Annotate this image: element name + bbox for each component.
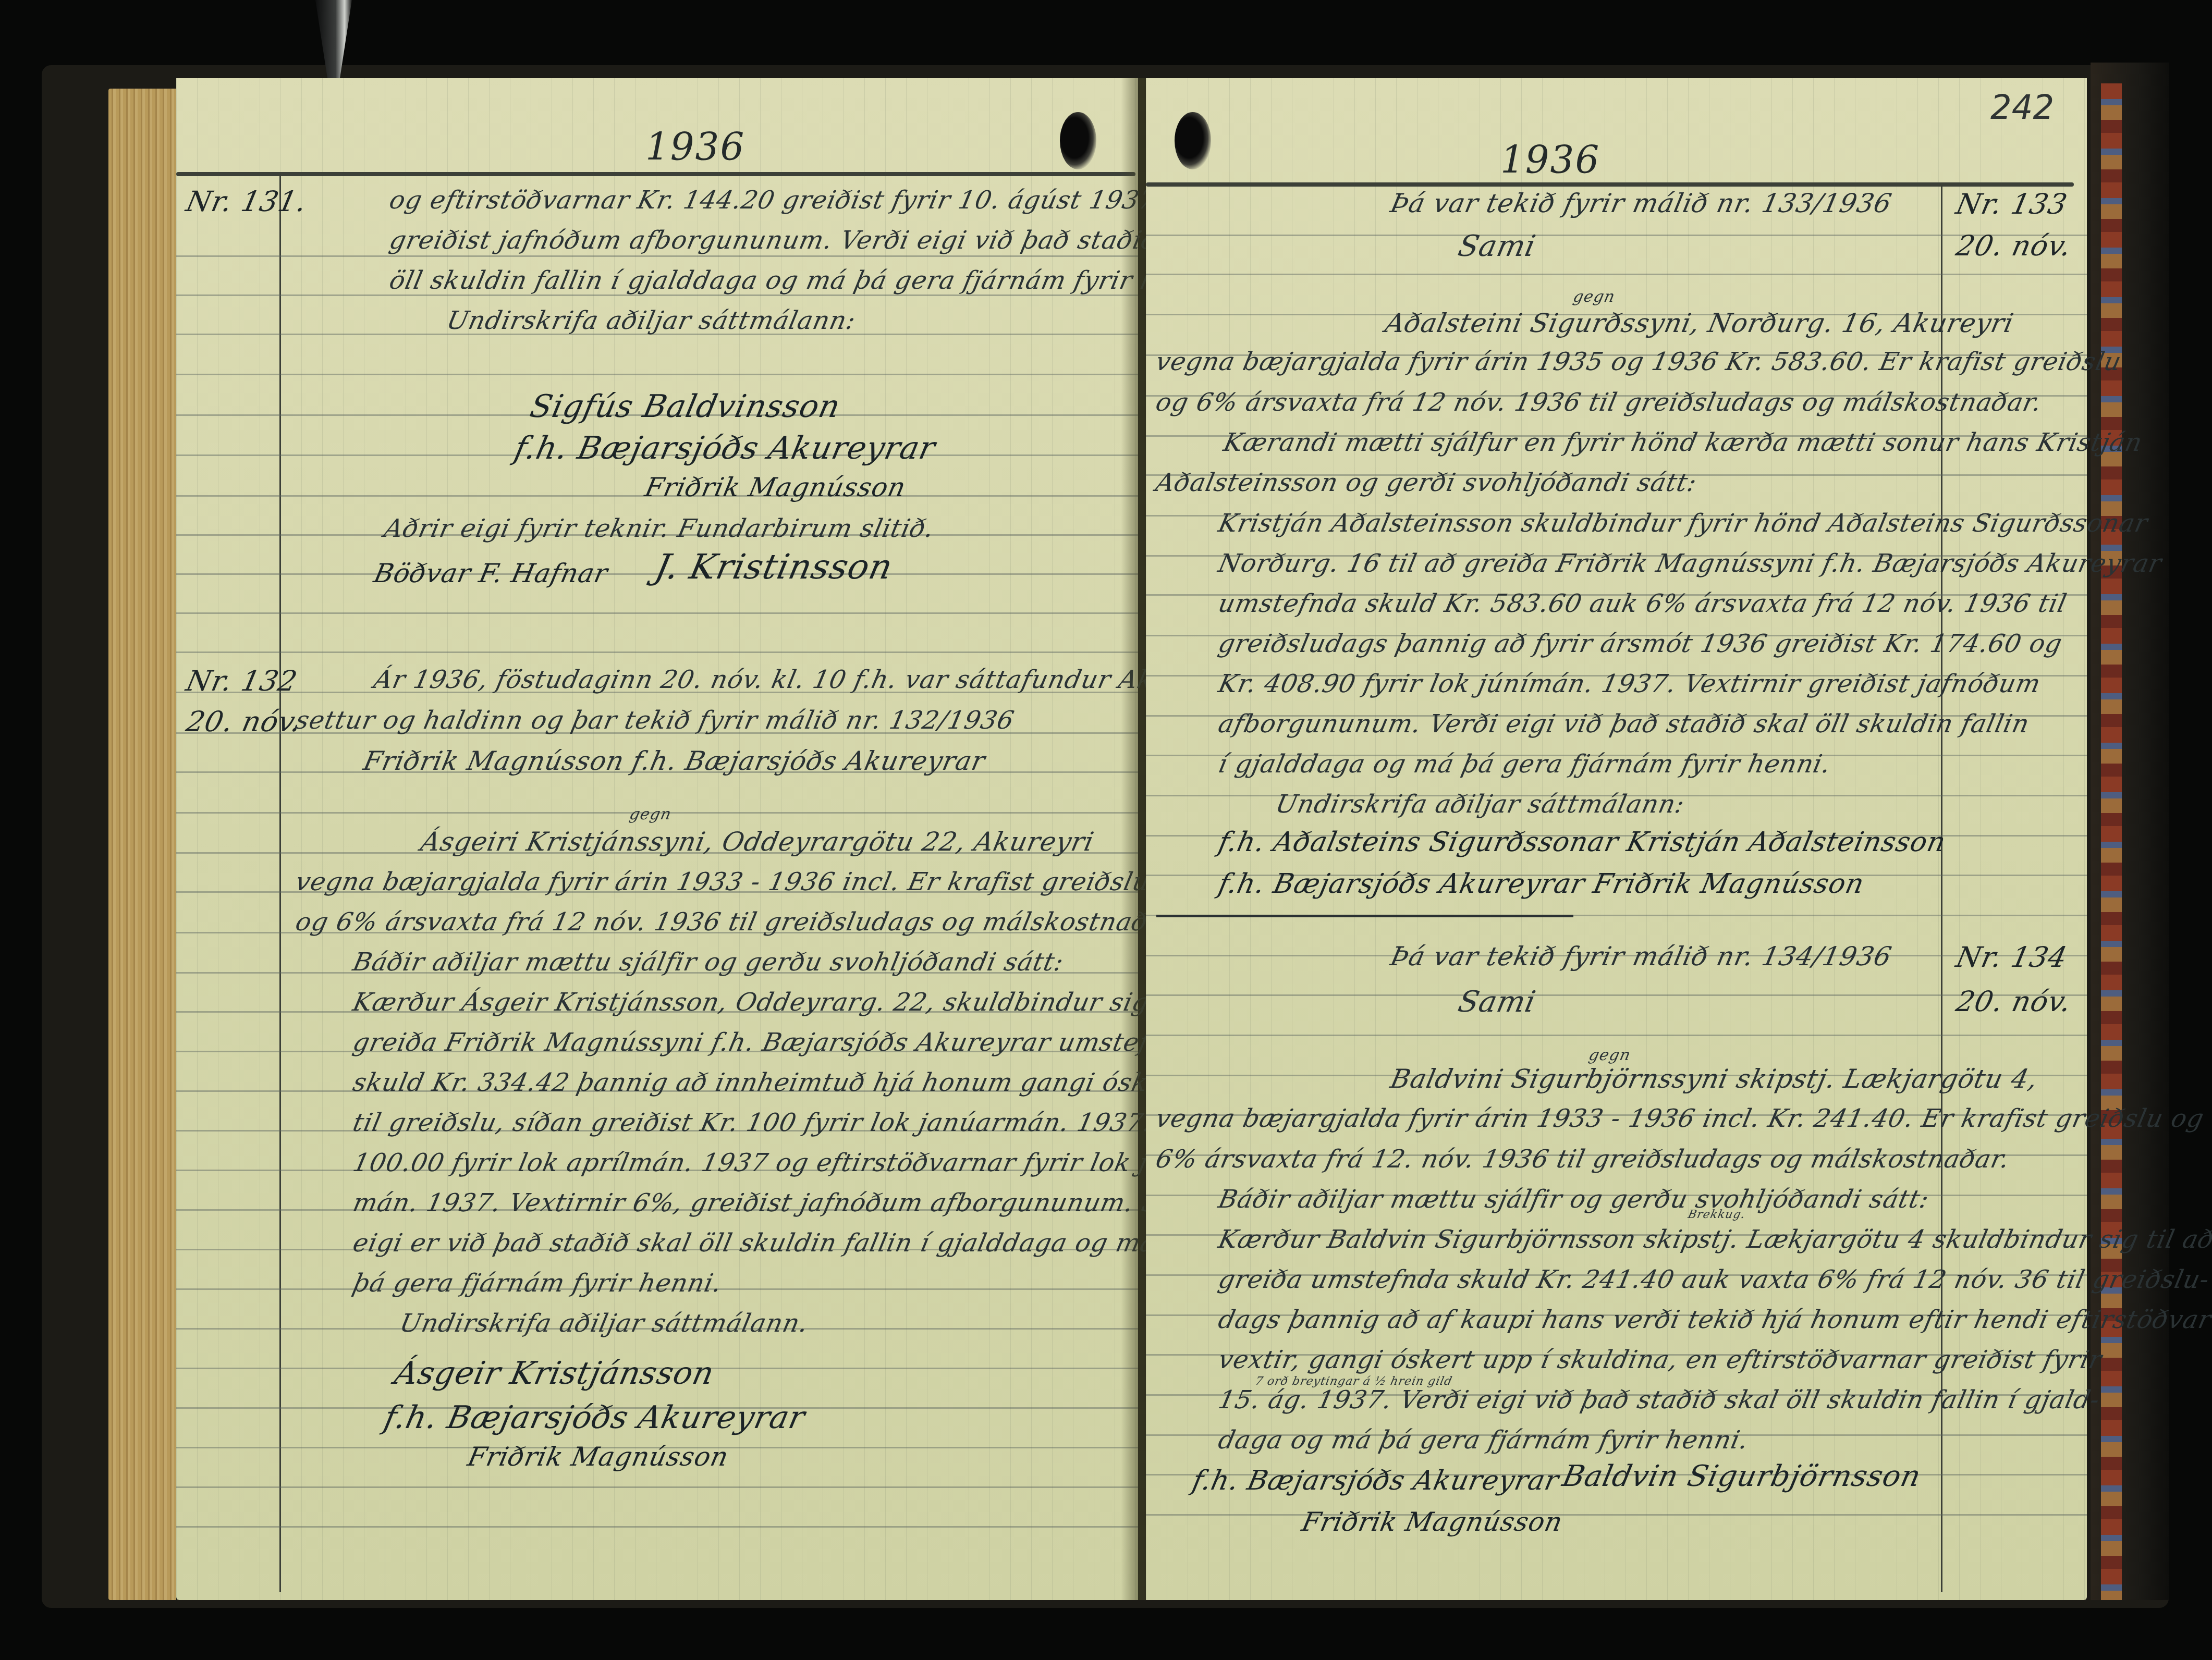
header-rule xyxy=(176,172,1135,176)
page-stack-edge-left xyxy=(108,89,176,1600)
entry-134-plaintiff-same: Sami xyxy=(1456,988,1538,1017)
entry-134-line-6: 6% ársvaxta frá 12. nóv. 1936 til greiðs… xyxy=(1154,1147,2012,1172)
signature-fridrik-magnusson: Friðrik Magnússon xyxy=(643,474,908,500)
entry-134-insertion: Brekkug. xyxy=(1687,1209,1746,1221)
entry-133-line-10: Norðurg. 16 til að greiða Friðrik Magnús… xyxy=(1216,551,2164,576)
entry-131-line-3: öll skuldin fallin í gjalddaga og má þá … xyxy=(387,268,1226,293)
entry-132-defendant: Ásgeiri Kristjánssyni, Oddeyrargötu 22, … xyxy=(419,829,1096,855)
entry-134-defendant: Baldvini Sigurbjörnssyni skipstj. Lækjar… xyxy=(1388,1066,2040,1092)
signature-bodvar-hafnar: Böðvar F. Hafnar xyxy=(372,560,610,586)
entry-132-line-8: Báðir aðiljar mættu sjálfir og gerðu svo… xyxy=(351,950,1066,975)
signature-bæjarsjodur-label-2: f.h. Bæjarsjóðs Akureyrar xyxy=(382,1402,808,1433)
entry-134-gegn: gegn xyxy=(1587,1048,1632,1063)
entry-132-line-12: til greiðslu, síðan greiðist Kr. 100 fyr… xyxy=(351,1110,1201,1135)
entry-132-line-15: eigi er við það staðið skal öll skuldin … xyxy=(351,1231,1158,1256)
entry-131-line-4: Undirskrifa aðiljar sáttmálann: xyxy=(445,308,858,333)
entry-133-case-title: Þá var tekið fyrir málið nr. 133/1936 xyxy=(1388,190,1895,216)
signature-fridrik-magnusson-3: f.h. Bæjarsjóðs Akureyrar Friðrik Magnús… xyxy=(1216,870,1866,897)
entry-134-line-9: greiða umstefnda skuld Kr. 241.40 auk va… xyxy=(1216,1267,2212,1292)
signature-fridrik-magnusson-4: Friðrik Magnússon xyxy=(1300,1509,1565,1535)
entry-date-132: 20. nóv. xyxy=(184,708,304,736)
signature-sigfus-baldvinsson: Sigfús Baldvinsson xyxy=(528,391,844,422)
entry-132-line-10: greiða Friðrik Magnússyni f.h. Bæjarsjóð… xyxy=(351,1030,1200,1055)
entry-133-plaintiff-same: Sami xyxy=(1456,232,1538,261)
entry-133-line-14: afborgununum. Verði eigi við það staðið … xyxy=(1216,711,2032,736)
signature-bæjarsjodur-label-4: f.h. Bæjarsjóðs Akureyrar xyxy=(1190,1467,1561,1494)
entry-132-line-7: og 6% ársvaxta frá 12 nóv. 1936 til grei… xyxy=(294,909,1184,934)
signature-fridrik-magnusson-2: Friðrik Magnússon xyxy=(466,1444,731,1470)
signature-asgeir-kristjansson: Ásgeir Kristjánsson xyxy=(392,1358,717,1389)
signature-j-kristinsson: J. Kristinsson xyxy=(652,550,896,584)
entry-133-line-8: Aðalsteinsson og gerði svohljóðandi sátt… xyxy=(1154,470,1700,495)
entry-number-131: Nr. 131. xyxy=(184,188,309,216)
entry-134-line-12: 15. ág. 1937. Verði eigi við það staðið … xyxy=(1216,1387,2102,1412)
entry-132-line-2: settur og haldinn og þar tekið fyrir mál… xyxy=(294,708,1017,733)
entry-134-case-title: Þá var tekið fyrir málið nr. 134/1936 xyxy=(1388,943,1895,969)
marbled-page-edge-right xyxy=(2101,83,2122,1600)
entry-134-line-10: dags þannig að af kaupi hans verði tekið… xyxy=(1216,1307,2212,1332)
page-number: 242 xyxy=(1990,89,2054,127)
entry-133-defendant: Aðalsteini Sigurðssyni, Norðurg. 16, Aku… xyxy=(1383,310,2016,336)
punch-hole xyxy=(1175,112,1211,169)
signature-bæjarsjodur-label: f.h. Bæjarsjóðs Akureyrar xyxy=(512,433,938,464)
entry-number-132: Nr. 132 xyxy=(184,667,300,695)
entry-133-line-7: Kærandi mætti sjálfur en fyrir hönd kærð… xyxy=(1221,430,2145,455)
punch-hole xyxy=(1060,112,1096,169)
entry-134-line-7: Báðir aðiljar mættu sjálfir og gerðu svo… xyxy=(1216,1187,1932,1212)
entry-133-line-13: Kr. 408.90 fyrir lok júnímán. 1937. Vext… xyxy=(1216,671,2043,696)
entry-date-133: 20. nóv. xyxy=(1953,232,2074,260)
entry-133-line-6: og 6% ársvaxta frá 12 nóv. 1936 til grei… xyxy=(1154,390,2044,415)
entry-131-line-2: greiðist jafnóðum afborgununum. Verði ei… xyxy=(387,228,1221,253)
entry-132-line-11: skuld Kr. 334.42 þannig að innheimtuð hj… xyxy=(351,1070,1189,1095)
entry-number-133: Nr. 133 xyxy=(1953,190,2070,218)
entry-132-line-13: 100.00 fyrir lok aprílmán. 1937 og eftir… xyxy=(351,1150,1201,1175)
entry-134-line-8: Kærður Baldvin Sigurbjörnsson skipstj. L… xyxy=(1216,1227,2212,1252)
entry-133-line-15: í gjalddaga og má þá gera fjárnám fyrir … xyxy=(1216,752,1834,777)
entry-132-line-17: Undirskrifa aðiljar sáttmálann. xyxy=(398,1311,811,1336)
entry-132-line-14: mán. 1937. Vextirnir 6%, greiðist jafnóð… xyxy=(351,1190,1178,1215)
signature-kristjan-adalsteinsson: f.h. Aðalsteins Sigurðssonar Kristján Að… xyxy=(1216,829,1948,856)
entry-133-line-9: Kristján Aðalsteinsson skuldbindur fyrir… xyxy=(1216,511,2150,536)
entry-132-plaintiff: Friðrik Magnússon f.h. Bæjarsjóðs Akurey… xyxy=(361,748,988,774)
entry-133-line-16: Undirskrifa aðiljar sáttmálann: xyxy=(1274,792,1687,817)
entry-133-gegn: gegn xyxy=(1572,289,1617,305)
entry-134-line-5: vegna bæjargjalda fyrir árin 1933 - 1936… xyxy=(1154,1106,2206,1131)
signature-baldvin-sigurbjornsson: Baldvin Sigurbjörnsson xyxy=(1560,1462,1924,1491)
right-year-header: 1936 xyxy=(1500,138,1600,182)
right-page: 242 1936 Nr. 133 20. nóv. Þá var tekið f… xyxy=(1146,78,2087,1600)
entry-133-line-5: vegna bæjargjalda fyrir árin 1935 og 193… xyxy=(1154,349,2124,374)
entry-134-line-13: daga og má þá gera fjárnám fyrir henni. xyxy=(1216,1428,1751,1453)
entry-number-134: Nr. 134 xyxy=(1953,943,2070,972)
closing-remark: Aðrir eigi fyrir teknir. Fundarbirum sli… xyxy=(382,516,936,541)
entry-separator xyxy=(1156,915,1573,917)
entry-date-134: 20. nóv. xyxy=(1953,988,2074,1016)
header-rule xyxy=(1146,182,2074,187)
entry-133-line-11: umstefnda skuld Kr. 583.60 auk 6% ársvax… xyxy=(1216,591,2069,616)
entry-134-line-11: vextir, gangi óskert upp í skuldina, en … xyxy=(1216,1347,2105,1372)
entry-132-gegn: gegn xyxy=(628,807,673,822)
left-page: 1936 Nr. 131. og eftirstöðvarnar Kr. 144… xyxy=(176,78,1138,1600)
margin-column-line xyxy=(279,175,281,1592)
entry-132-line-9: Kærður Ásgeir Kristjánsson, Oddeyrarg. 2… xyxy=(351,990,1227,1015)
entry-132-line-16: þá gera fjárnám fyrir henni. xyxy=(351,1271,724,1296)
left-year-header: 1936 xyxy=(645,125,745,169)
entry-133-line-12: greiðsludags þannig að fyrir ársmót 1936… xyxy=(1216,631,2064,656)
